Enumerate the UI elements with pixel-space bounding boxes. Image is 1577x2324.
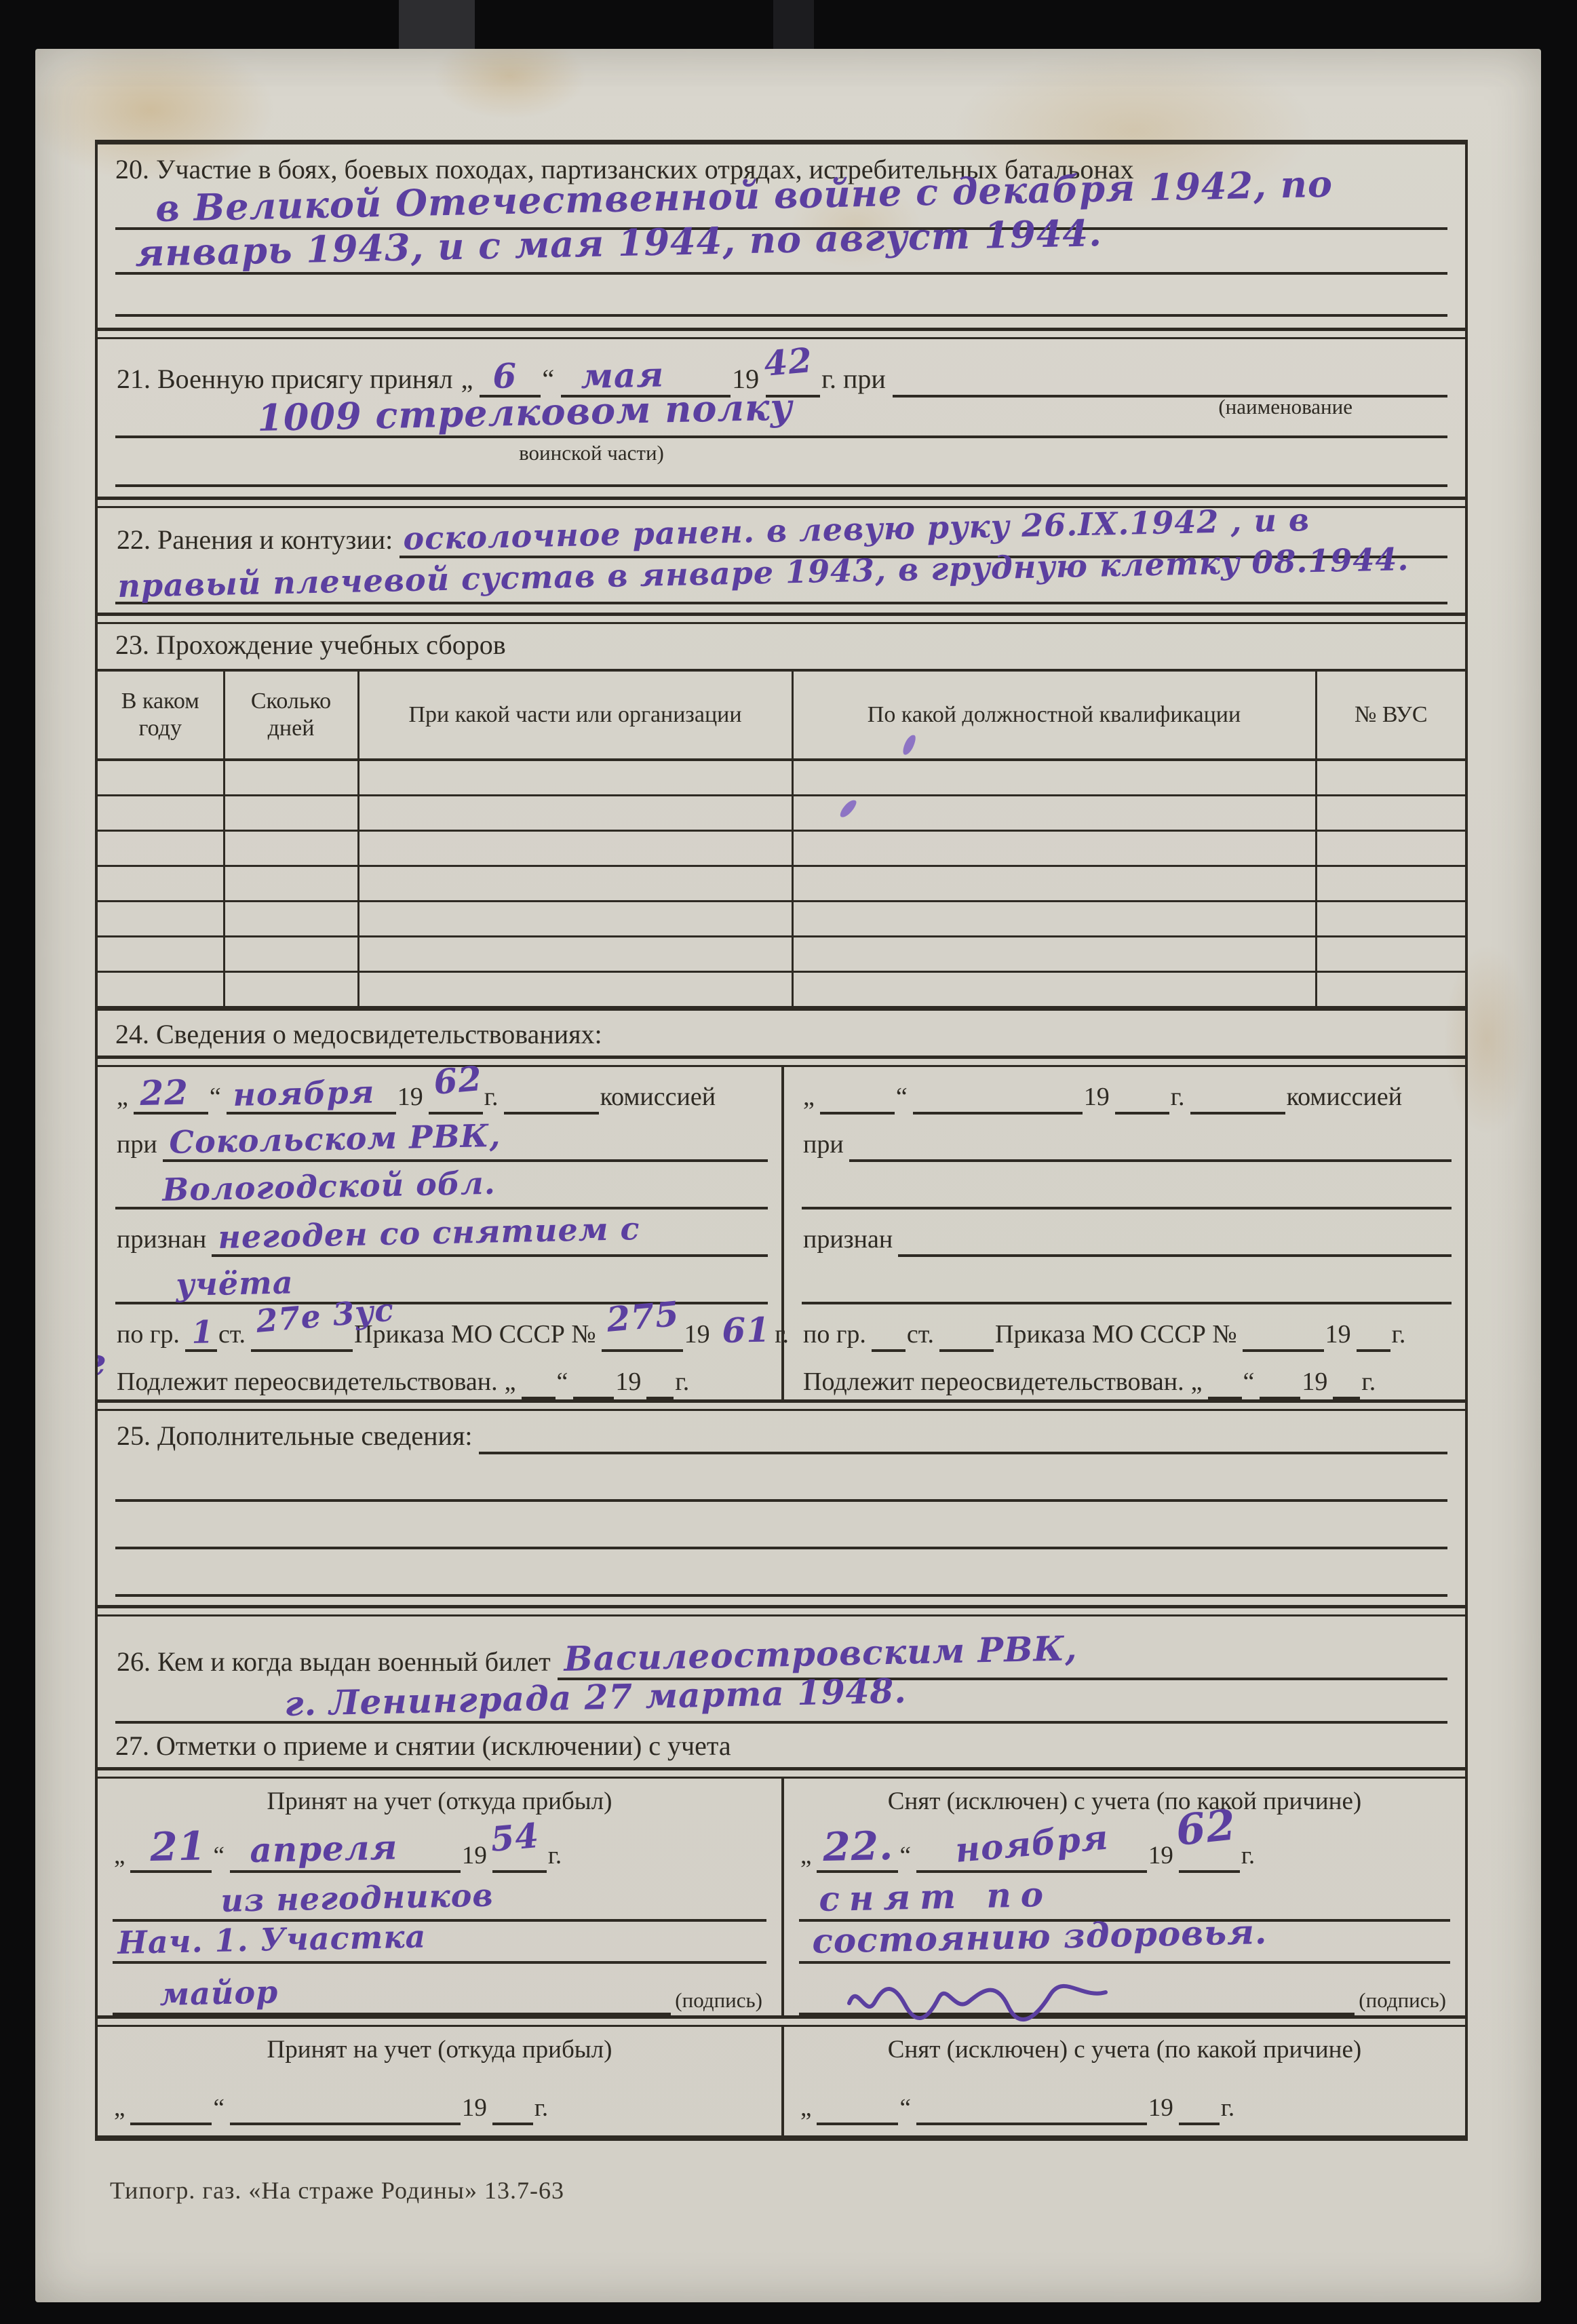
med-pri-blank2: Вологодской обл.	[115, 1171, 768, 1209]
year-suffix: г.	[1169, 1082, 1190, 1115]
table-row-empty	[98, 972, 1465, 1009]
section-20-combat-participation: 20. Участие в боях, боевых походах, парт…	[98, 144, 1465, 317]
blank-line	[98, 2125, 781, 2141]
close-quote: “	[1242, 1367, 1260, 1399]
handwritten-entry: Нач. 1. Участка	[117, 1918, 427, 1961]
med-order-row: по гр. 1 ст. 27е 3ус Приказа МО СССР № 2…	[98, 1304, 781, 1352]
accepted-cell-blank: Принят на учет (откуда прибыл) „ “ 19 г.	[98, 2027, 784, 2141]
ruled-line-empty	[115, 469, 1447, 487]
med-verdict-row: признан	[784, 1209, 1465, 1257]
background-streak	[773, 0, 814, 50]
section-27-title: 27. Отметки о приеме и снятии (исключени…	[98, 1724, 1465, 1767]
year-suffix: г.	[483, 1082, 504, 1115]
handwritten-order-year: 61	[721, 1310, 771, 1351]
handwritten-day: 22.	[823, 1823, 894, 1870]
reexam-year-blank	[646, 1397, 674, 1399]
ruled-line: г. Ленинграда 27 марта 1948.	[115, 1680, 1447, 1724]
accepted-date-row: „ 21 “ апреля 19 54 г.	[98, 1816, 781, 1873]
med-pri-row: при	[784, 1115, 1465, 1162]
po-gr-label: по гр.	[802, 1319, 872, 1352]
ruled-line-empty	[115, 1549, 1447, 1597]
date-row: „ “ 19 г.	[784, 2064, 1465, 2125]
year-prefix: 19	[1147, 2093, 1179, 2125]
medical-left-column: „ 22 “ ноября 19 62 г. комиссией при	[98, 1067, 784, 1399]
ruled-line-empty	[115, 1502, 1447, 1549]
med-verdict-row2	[784, 1257, 1465, 1304]
reexam-month-blank	[1260, 1397, 1300, 1399]
year-suffix: г.	[1240, 1841, 1260, 1873]
removed-cell: Снят (исключен) с учета (по какой причин…	[784, 1779, 1465, 2015]
section-divider	[98, 328, 1465, 339]
med-day-blank: 22	[134, 1073, 208, 1115]
year-prefix: 19	[614, 1367, 646, 1399]
handwritten-day: 22	[140, 1072, 189, 1113]
reexam-year-blank	[1333, 1397, 1360, 1399]
section-24-medical: 24. Сведения о медосвидетельствованиях: …	[98, 1011, 1465, 1399]
med-reexam-row: Подлежит переосвидетельствован. „ “ 19 г…	[784, 1352, 1465, 1399]
section-divider	[98, 1605, 1465, 1616]
med-verdict-row2: учёта	[98, 1257, 781, 1304]
background-streak	[399, 0, 475, 50]
signature-caption: (подпись)	[1355, 1988, 1450, 2015]
col-header-year: В каком году	[98, 670, 224, 760]
reexam-label: Подлежит переосвидетельствован.	[802, 1367, 1190, 1399]
accepted-sign-row: майор (подпись)	[98, 1964, 781, 2015]
ruled-line: январь 1943, и с мая 1944, по август 194…	[115, 230, 1447, 275]
pri-label: при	[115, 1129, 163, 1162]
handwritten-year: 62	[1173, 1800, 1238, 1855]
section-26-issue: 26. Кем и когда выдан военный билет Васи…	[98, 1616, 1465, 1767]
st-blank: 27е 3ус	[251, 1314, 353, 1352]
open-quote: „	[1190, 1367, 1208, 1399]
entry-blank: состоянию здоровья.	[799, 1921, 1450, 1964]
handwritten-entry: Вологодской обл.	[162, 1165, 496, 1208]
close-quote: “	[895, 1082, 913, 1115]
document-photo: 20. Участие в боях, боевых походах, парт…	[0, 0, 1577, 2324]
month-blank: ноября	[916, 1830, 1147, 1873]
section-25-title: 25. Дополнительные сведения:	[115, 1420, 479, 1454]
handwritten-entry: Сокольском РВК,	[169, 1117, 501, 1161]
accepted-line-2: из негодников	[98, 1873, 781, 1922]
table-row-empty	[98, 796, 1465, 831]
removed-header: Снят (исключен) с учета (по какой причин…	[784, 1779, 1465, 1816]
handwritten-entry: состоянию здоровья.	[812, 1912, 1268, 1961]
col-header-days: Сколько дней	[224, 670, 358, 760]
po-gr-label: по гр.	[115, 1319, 185, 1352]
year-suffix: г.	[533, 2093, 553, 2125]
section-27-registration: Принят на учет (откуда прибыл) „ 21 “ ап…	[98, 1779, 1465, 2141]
section-25-additional: 25. Дополнительные сведения:	[98, 1411, 1465, 1597]
removed-line-3: состоянию здоровья.	[784, 1922, 1465, 1964]
accepted-cell: Принят на учет (откуда прибыл) „ 21 “ ап…	[98, 1779, 784, 2015]
removed-date-row: „ 22. “ ноября 19 62 г.	[784, 1816, 1465, 1873]
year-suffix: г.	[674, 1367, 695, 1399]
med-pri-row: при Сокольском РВК,	[98, 1115, 781, 1162]
close-quote: “	[212, 1841, 229, 1873]
handwritten-day: 6	[492, 355, 518, 396]
handwritten-year: 42	[762, 340, 814, 384]
caption-voinskoy-chasti: воинской части)	[98, 438, 1465, 469]
med-date-row: „ “ 19 г. комиссией	[784, 1067, 1465, 1115]
reexam-day-blank	[522, 1397, 556, 1399]
close-quote: “	[208, 1082, 227, 1115]
year-blank: 62	[1179, 1821, 1240, 1873]
year-prefix: 19	[461, 2093, 492, 2125]
registration-row-2: Принят на учет (откуда прибыл) „ “ 19 г.	[98, 2027, 1465, 2141]
accepted-header: Принят на учет (откуда прибыл)	[98, 2027, 781, 2064]
med-pri-row2: Вологодской обл.	[98, 1162, 781, 1209]
handwritten-entry: учёта	[176, 1264, 294, 1303]
month-blank: апреля	[230, 1830, 461, 1873]
handwritten-entry: снят по	[819, 1874, 1053, 1919]
section-26-title: 26. Кем и когда выдан военный билет	[115, 1646, 558, 1680]
med-pri-row2	[784, 1162, 1465, 1209]
year-prefix: 19	[461, 1841, 492, 1873]
close-quote: “	[898, 1841, 916, 1873]
reexam-label: Подлежит переосвидетельствован.	[115, 1367, 503, 1399]
year-prefix: 19	[1324, 1319, 1357, 1352]
reexam-day-blank	[1208, 1397, 1242, 1399]
entry-blank: из негодников	[113, 1882, 766, 1922]
removed-sign-row: (подпись)	[784, 1964, 1465, 2015]
section-divider	[98, 613, 1465, 624]
handwritten-month: ноября	[233, 1074, 375, 1113]
blank-line	[784, 2125, 1465, 2141]
training-camps-table: В каком году Сколько дней При какой част…	[98, 669, 1465, 1011]
col-header-vus: № ВУС	[1316, 670, 1465, 760]
section-22-wounds: 22. Ранения и контузии: осколочное ранен…	[98, 508, 1465, 604]
section-divider	[98, 1767, 1465, 1779]
med-reexam-row: Не Подлежит переосвидетельствован. „ “ 1…	[98, 1352, 781, 1399]
year-prefix: 19	[1083, 1082, 1115, 1115]
med-verdict-blank: негоден со снятием с	[212, 1219, 768, 1257]
col-header-unit: При какой части или организации	[358, 670, 792, 760]
margin-note-ne: Не	[95, 1340, 108, 1386]
gr-blank: 1	[185, 1314, 217, 1352]
table-row-empty	[98, 831, 1465, 866]
caption-naimenovanie: (наименование	[1218, 395, 1352, 419]
section-23-training-camps: 23. Прохождение учебных сборов В каком г…	[98, 624, 1465, 1011]
signature-scribble	[840, 1972, 1125, 2026]
med-order-row: по гр. ст. Приказа МО СССР № 19 г.	[784, 1304, 1465, 1352]
form-border: 20. Участие в боях, боевых походах, парт…	[95, 140, 1468, 2141]
paper-sheet: 20. Участие в боях, боевых походах, парт…	[35, 49, 1541, 2302]
handwritten-year: 54	[489, 1815, 541, 1859]
open-quote: „	[503, 1367, 522, 1399]
unit-ruled-line: (наименование 1009 стрелковом полку	[115, 398, 1447, 438]
oath-suffix: г. при	[820, 364, 893, 398]
year-suffix: г.	[1220, 2093, 1240, 2125]
medical-right-column: „ “ 19 г. комиссией при	[784, 1067, 1465, 1399]
day-blank: 22.	[817, 1824, 898, 1873]
open-quote: „	[799, 2093, 817, 2125]
handwritten-day: 21	[150, 1823, 207, 1870]
year-prefix: 19	[1147, 1841, 1179, 1873]
handwritten-month: апреля	[250, 1827, 398, 1870]
ruled-line-empty	[115, 1454, 1447, 1502]
year-suffix: г.	[547, 1841, 567, 1873]
section-23-title: 23. Прохождение учебных сборов	[98, 630, 1465, 661]
med-month-blank: ноября	[227, 1077, 396, 1115]
reexam-month-blank	[573, 1397, 614, 1399]
table-row-empty	[98, 902, 1465, 937]
print-shop-footer: Типогр. газ. «На страже Родины» 13.7-63	[110, 2176, 564, 2205]
training-camps-table-wrap: В каком году Сколько дней При какой част…	[98, 669, 1465, 1011]
prikaz-label: Приказа МО СССР №	[994, 1319, 1243, 1352]
open-quote: „	[802, 1082, 820, 1115]
pri-label: при	[802, 1129, 849, 1162]
handwritten-month: ноября	[954, 1817, 1110, 1870]
day-blank: 21	[130, 1824, 212, 1873]
accepted-header: Принят на учет (откуда прибыл)	[98, 1779, 781, 1816]
year-suffix: г.	[1360, 1367, 1381, 1399]
medical-grid: „ 22 “ ноября 19 62 г. комиссией при	[98, 1067, 1465, 1399]
table-row-empty	[98, 760, 1465, 796]
issue-blank: Василеостровским РВК,	[558, 1639, 1447, 1680]
year-prefix: 19	[1300, 1367, 1333, 1399]
year-suffix: г.	[1390, 1319, 1411, 1352]
ruled-line: правый плечевой сустав в январе 1943, в …	[115, 558, 1447, 604]
year-prefix: 19	[683, 1319, 716, 1352]
removed-cell-blank: Снят (исключен) с учета (по какой причин…	[784, 2027, 1465, 2141]
handwritten-year: 62	[432, 1058, 484, 1102]
med-date-row: „ 22 “ ноября 19 62 г. комиссией	[98, 1067, 781, 1115]
row-divider	[98, 2015, 1465, 2027]
handwritten-gr: 1	[191, 1313, 214, 1351]
handwritten-rank: майор	[159, 1973, 279, 2013]
year-prefix: 19	[396, 1082, 429, 1115]
signature-caption: (подпись)	[671, 1988, 766, 2015]
close-quote: “	[212, 2093, 229, 2125]
commission-label: комиссией	[1285, 1082, 1407, 1115]
open-quote: „	[113, 1841, 130, 1873]
date-row: „ “ 19 г.	[98, 2064, 781, 2125]
close-quote: “	[898, 2093, 916, 2125]
med-pri-blank: Сокольском РВК,	[163, 1124, 768, 1162]
open-quote: „	[115, 1082, 134, 1115]
handwritten-entry: негоден со снятием с	[218, 1210, 640, 1256]
section-22-title: 22. Ранения и контузии:	[115, 524, 400, 558]
close-quote: “	[556, 1367, 574, 1399]
st-label: ст.	[906, 1319, 939, 1352]
priznan-label: признан	[115, 1224, 212, 1257]
removed-header: Снят (исключен) с учета (по какой причин…	[784, 2027, 1465, 2064]
handwritten-entry: Василеостровским РВК,	[563, 1628, 1077, 1679]
entry-blank: Нач. 1. Участка	[113, 1924, 766, 1964]
st-label: ст.	[217, 1319, 251, 1352]
registration-row-1: Принят на учет (откуда прибыл) „ 21 “ ап…	[98, 1779, 1465, 2015]
section-21-oath: 21. Военную присягу принял „ 6 “ мая 19 …	[98, 339, 1465, 487]
med-verdict-row: признан негоден со снятием с	[98, 1209, 781, 1257]
year-blank: 54	[492, 1830, 547, 1873]
priznan-label: признан	[802, 1224, 898, 1257]
section-divider	[98, 1399, 1465, 1411]
col-header-qualification: По какой должностной квалификации	[792, 670, 1316, 760]
handwritten-entry: из негодников	[220, 1877, 494, 1919]
signature-blank: майор	[113, 1976, 671, 2015]
ruled-line-empty	[115, 275, 1447, 317]
table-row-empty	[98, 937, 1465, 972]
section-24-title: 24. Сведения о медосвидетельствованиях:	[98, 1011, 1465, 1056]
open-quote: „	[799, 1841, 817, 1873]
table-row-empty	[98, 866, 1465, 902]
section-divider	[98, 1056, 1465, 1067]
handwritten-order-no: 275	[604, 1294, 680, 1340]
signature-blank	[799, 1972, 1355, 2015]
accepted-line-3: Нач. 1. Участка	[98, 1922, 781, 1964]
open-quote: „	[113, 2093, 130, 2125]
commission-label: комиссией	[599, 1082, 721, 1115]
med-year-blank: 62	[429, 1073, 483, 1115]
order-no-blank: 275	[602, 1311, 683, 1352]
